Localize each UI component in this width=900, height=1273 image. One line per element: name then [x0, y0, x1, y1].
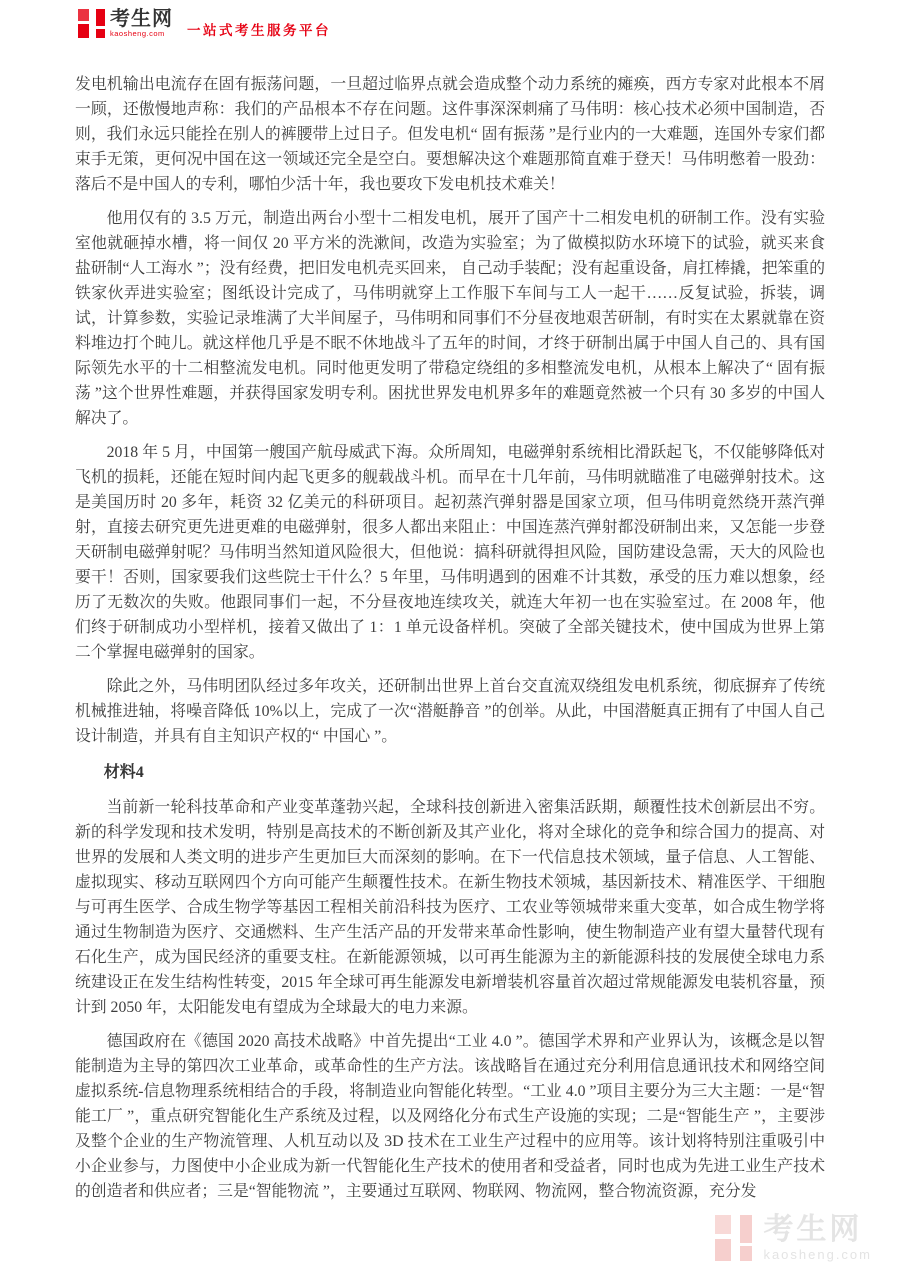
- watermark-title: 考生网: [763, 1215, 872, 1245]
- watermark: 考生网 kaosheng.com: [715, 1215, 872, 1261]
- watermark-domain: kaosheng.com: [763, 1248, 872, 1261]
- body-paragraph-5: 当前新一轮科技革命和产业变革蓬勃兴起，全球科技创新进入密集活跃期，颠覆性技术创新…: [75, 795, 825, 1020]
- body-paragraph-6: 德国政府在《德国 2020 高技术战略》中首先提出“工业 4.0 ”。德国学术界…: [75, 1029, 825, 1204]
- kaosheng-logo-icon: [78, 9, 105, 38]
- logo-domain: kaosheng.com: [110, 30, 173, 38]
- body-paragraph-4: 除此之外，马伟明团队经过多年攻关，还研制出世界上首台交直流双绕组发电机系统，彻底…: [75, 674, 825, 749]
- section-heading-material-4: 材料4: [75, 760, 825, 785]
- body-paragraph-1: 发电机输出电流存在固有振荡问题，一旦超过临界点就会造成整个动力系统的瘫痪，西方专…: [75, 72, 825, 197]
- document-body: 发电机输出电流存在固有振荡问题，一旦超过临界点就会造成整个动力系统的瘫痪，西方专…: [75, 72, 825, 1213]
- kaosheng-watermark-icon: [715, 1215, 752, 1261]
- logo-tagline: 一站式考生服务平台: [187, 19, 331, 39]
- body-paragraph-2: 他用仅有的 3.5 万元，制造出两台小型十二相发电机，展开了国产十二相发电机的研…: [75, 206, 825, 431]
- logo-title: 考生网: [110, 9, 173, 29]
- watermark-text-block: 考生网 kaosheng.com: [763, 1215, 872, 1261]
- logo-text-block: 考生网 kaosheng.com: [110, 9, 173, 38]
- body-paragraph-3: 2018 年 5 月，中国第一艘国产航母威武下海。众所周知，电磁弹射系统相比滑跃…: [75, 440, 825, 665]
- site-header: 考生网 kaosheng.com 一站式考生服务平台: [78, 9, 331, 39]
